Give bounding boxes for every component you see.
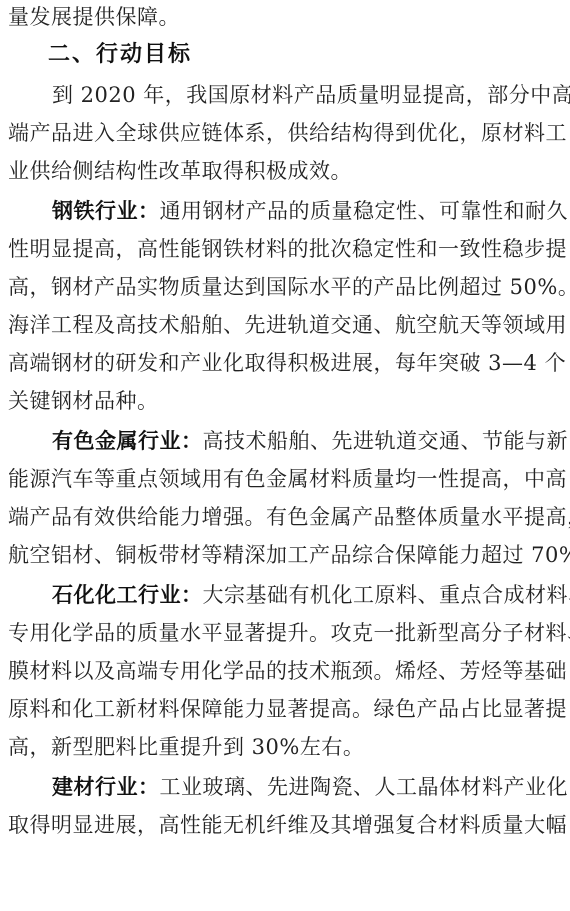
line-text: 取得明显进展，高性能无机纤维及其增强复合材料质量大幅	[8, 813, 567, 837]
line-text: 量发展提供保障。	[8, 5, 180, 29]
line-text: 通用钢材产品的质量稳定性、可靠性和耐久	[160, 199, 569, 223]
industry-label: 建材行业：	[52, 774, 160, 799]
paragraph-lead-line: 有色金属行业：高技术船舶、先进轨道交通、节能与新	[52, 426, 560, 456]
industry-label: 钢铁行业：	[52, 198, 160, 223]
line-text: 专用化学品的质量水平显著提升。攻克一批新型高分子材料、	[8, 621, 570, 645]
paragraph-line: 性明显提高，高性能钢铁材料的批次稳定性和一致性稳步提	[8, 234, 560, 264]
paragraph-line: 海洋工程及高技术船舶、先进轨道交通、航空航天等领域用	[8, 310, 560, 340]
paragraph-line: 高端钢材的研发和产业化取得积极进展，每年突破 3—4 个	[8, 348, 560, 378]
line-text: 大宗基础有机化工原料、重点合成材料、	[203, 583, 570, 607]
paragraph-line: 量发展提供保障。	[8, 2, 560, 32]
line-text: 海洋工程及高技术船舶、先进轨道交通、航空航天等领域用	[8, 313, 567, 337]
paragraph-line: 到 2020 年，我国原材料产品质量明显提高，部分中高	[52, 80, 560, 110]
paragraph-line: 航空铝材、铜板带材等精深加工产品综合保障能力超过 70%。	[8, 540, 560, 570]
paragraph-line: 取得明显进展，高性能无机纤维及其增强复合材料质量大幅	[8, 810, 560, 840]
paragraph-line: 膜材料以及高端专用化学品的技术瓶颈。烯烃、芳烃等基础	[8, 656, 560, 686]
line-text: 高端钢材的研发和产业化取得积极进展，每年突破 3—4 个	[8, 351, 566, 375]
paragraph-line: 业供给侧结构性改革取得积极成效。	[8, 156, 560, 186]
industry-label: 有色金属行业：	[52, 428, 203, 453]
paragraph-line: 专用化学品的质量水平显著提升。攻克一批新型高分子材料、	[8, 618, 560, 648]
line-text: 高，新型肥料比重提升到 30%左右。	[8, 735, 364, 759]
line-text: 高，钢材产品实物质量达到国际水平的产品比例超过 50%。	[8, 275, 570, 299]
paragraph-lead-line: 石化化工行业：大宗基础有机化工原料、重点合成材料、	[52, 580, 560, 610]
paragraph-lead-line: 钢铁行业：通用钢材产品的质量稳定性、可靠性和耐久	[52, 196, 560, 226]
paragraph-line: 端产品进入全球供应链体系，供给结构得到优化，原材料工	[8, 118, 560, 148]
line-text: 端产品进入全球供应链体系，供给结构得到优化，原材料工	[8, 121, 567, 145]
paragraph-lead-line: 建材行业：工业玻璃、先进陶瓷、人工晶体材料产业化	[52, 772, 560, 802]
line-text: 能源汽车等重点领域用有色金属材料质量均一性提高，中高	[8, 467, 567, 491]
line-text: 业供给侧结构性改革取得积极成效。	[8, 159, 352, 183]
line-text: 端产品有效供给能力增强。有色金属产品整体质量水平提高，	[8, 505, 570, 529]
paragraph-line: 关键钢材品种。	[8, 386, 560, 416]
line-text: 工业玻璃、先进陶瓷、人工晶体材料产业化	[160, 775, 569, 799]
paragraph-line: 端产品有效供给能力增强。有色金属产品整体质量水平提高，	[8, 502, 560, 532]
line-text: 航空铝材、铜板带材等精深加工产品综合保障能力超过 70%。	[8, 543, 570, 567]
line-text: 膜材料以及高端专用化学品的技术瓶颈。烯烃、芳烃等基础	[8, 659, 567, 683]
line-text: 高技术船舶、先进轨道交通、节能与新	[203, 429, 569, 453]
line-text: 关键钢材品种。	[8, 389, 159, 413]
document-page: 量发展提供保障。二、行动目标到 2020 年，我国原材料产品质量明显提高，部分中…	[0, 0, 570, 911]
paragraph-line: 能源汽车等重点领域用有色金属材料质量均一性提高，中高	[8, 464, 560, 494]
industry-label: 石化化工行业：	[52, 582, 203, 607]
paragraph-line: 原料和化工新材料保障能力显著提高。绿色产品占比显著提	[8, 694, 560, 724]
paragraph-line: 高，钢材产品实物质量达到国际水平的产品比例超过 50%。	[8, 272, 560, 302]
section-heading: 二、行动目标	[48, 40, 192, 70]
line-text: 性明显提高，高性能钢铁材料的批次稳定性和一致性稳步提	[8, 237, 567, 261]
line-text: 到 2020 年，我国原材料产品质量明显提高，部分中高	[52, 83, 570, 107]
paragraph-line: 高，新型肥料比重提升到 30%左右。	[8, 732, 560, 762]
line-text: 原料和化工新材料保障能力显著提高。绿色产品占比显著提	[8, 697, 567, 721]
